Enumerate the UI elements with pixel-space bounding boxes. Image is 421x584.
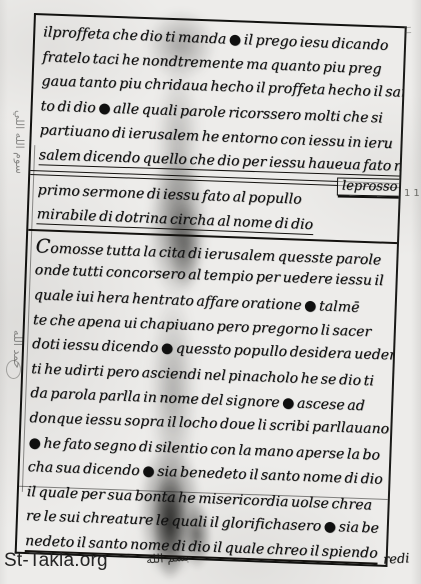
bottom-arabic-note: بسم الله [146,550,190,567]
left-margin-arabic-note-upper: سوم الله اللي [13,110,26,174]
left-margin-circle-doodle [6,360,21,379]
watermark-st-takla: St-Takla.org [4,550,108,572]
text-block-frame: ilproffeta che dio ti manda ● il prego i… [15,13,407,567]
catchword: redi [383,551,410,567]
right-margin-page-marks: 11 [404,188,421,199]
boxed-margin-note-leprosso: leprosso [336,178,402,197]
manuscript-scan-page: ilproffeta che dio ti manda ● il prego i… [0,0,421,584]
top-right-edge-marks: ا ا [401,26,411,34]
